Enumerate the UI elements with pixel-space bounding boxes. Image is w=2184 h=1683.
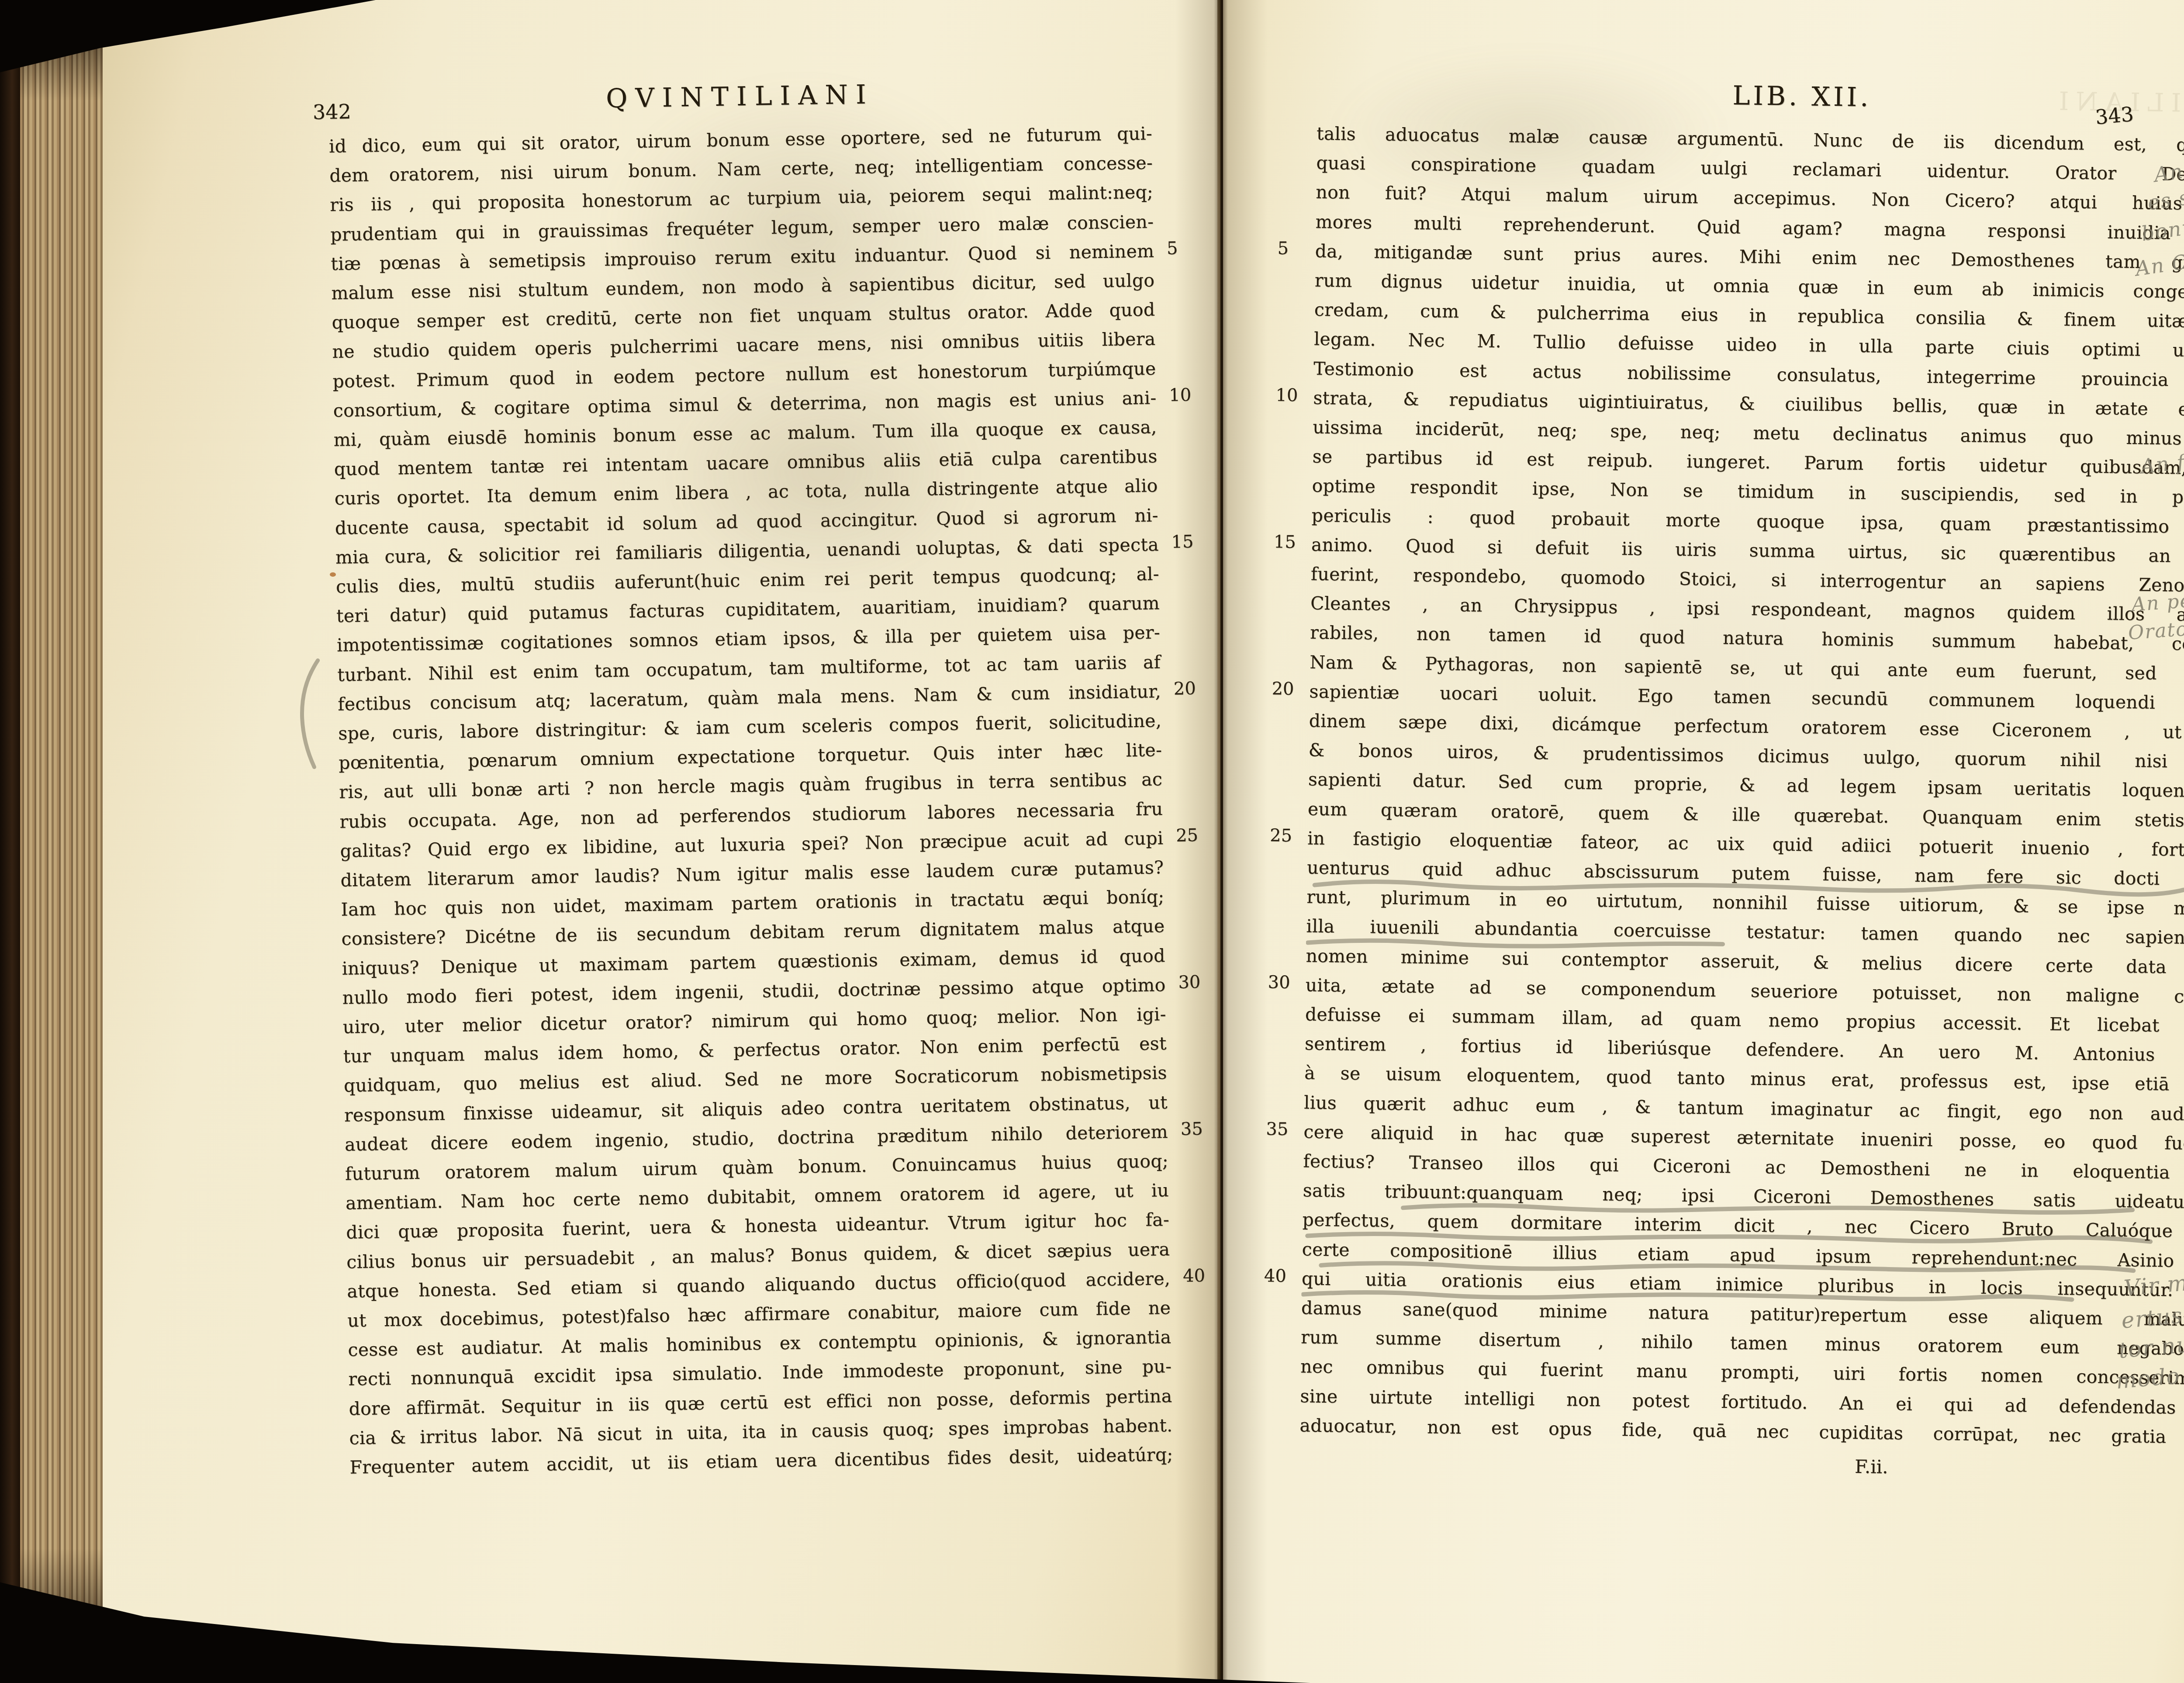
- left-page-textblock: QVINTILIANI 342 id dico, eum qui sit ora…: [327, 0, 1174, 1536]
- printed-line-number: 40: [1264, 1266, 1304, 1286]
- pencil-handwriting: Orator: [2128, 619, 2184, 643]
- foxing-speck: [330, 572, 336, 577]
- printed-line-number: 10: [1169, 384, 1209, 405]
- book-gutter-fold: [1217, 0, 1220, 1683]
- printed-line-number: 40: [1183, 1265, 1223, 1286]
- printed-line-number: 15: [1274, 532, 1313, 552]
- printed-line-number: 20: [1272, 679, 1311, 699]
- running-header-left: QVINTILIANI: [328, 75, 1152, 118]
- printed-line-number: 25: [1270, 825, 1310, 846]
- printed-line-number: 35: [1266, 1119, 1306, 1139]
- printed-line-number: 15: [1171, 531, 1211, 552]
- page-stack-left-edge: [20, 0, 104, 1683]
- printed-line-number: 30: [1268, 972, 1307, 993]
- printed-line-number: 5: [1167, 238, 1206, 258]
- printed-line-number: 30: [1178, 972, 1218, 992]
- book-spine: [0, 0, 20, 1683]
- printed-line-number: 10: [1275, 385, 1315, 405]
- page-number-right: 343: [2094, 102, 2135, 129]
- page-number-left: 342: [312, 100, 351, 124]
- signature-mark: F.ii.: [1814, 1455, 1928, 1478]
- running-header-right: LIB. XII.: [1317, 75, 2184, 118]
- printed-line-number: 20: [1174, 678, 1213, 699]
- printed-line-number: 5: [1277, 238, 1317, 259]
- pencil-handwriting: modo: [2115, 1365, 2181, 1392]
- right-page-textblock: QVINTILIANI LIB. XII. 343 F.ii. talis ad…: [1299, 0, 2184, 1535]
- printed-line-number: 25: [1176, 825, 1216, 845]
- printed-line-number: 35: [1180, 1119, 1220, 1139]
